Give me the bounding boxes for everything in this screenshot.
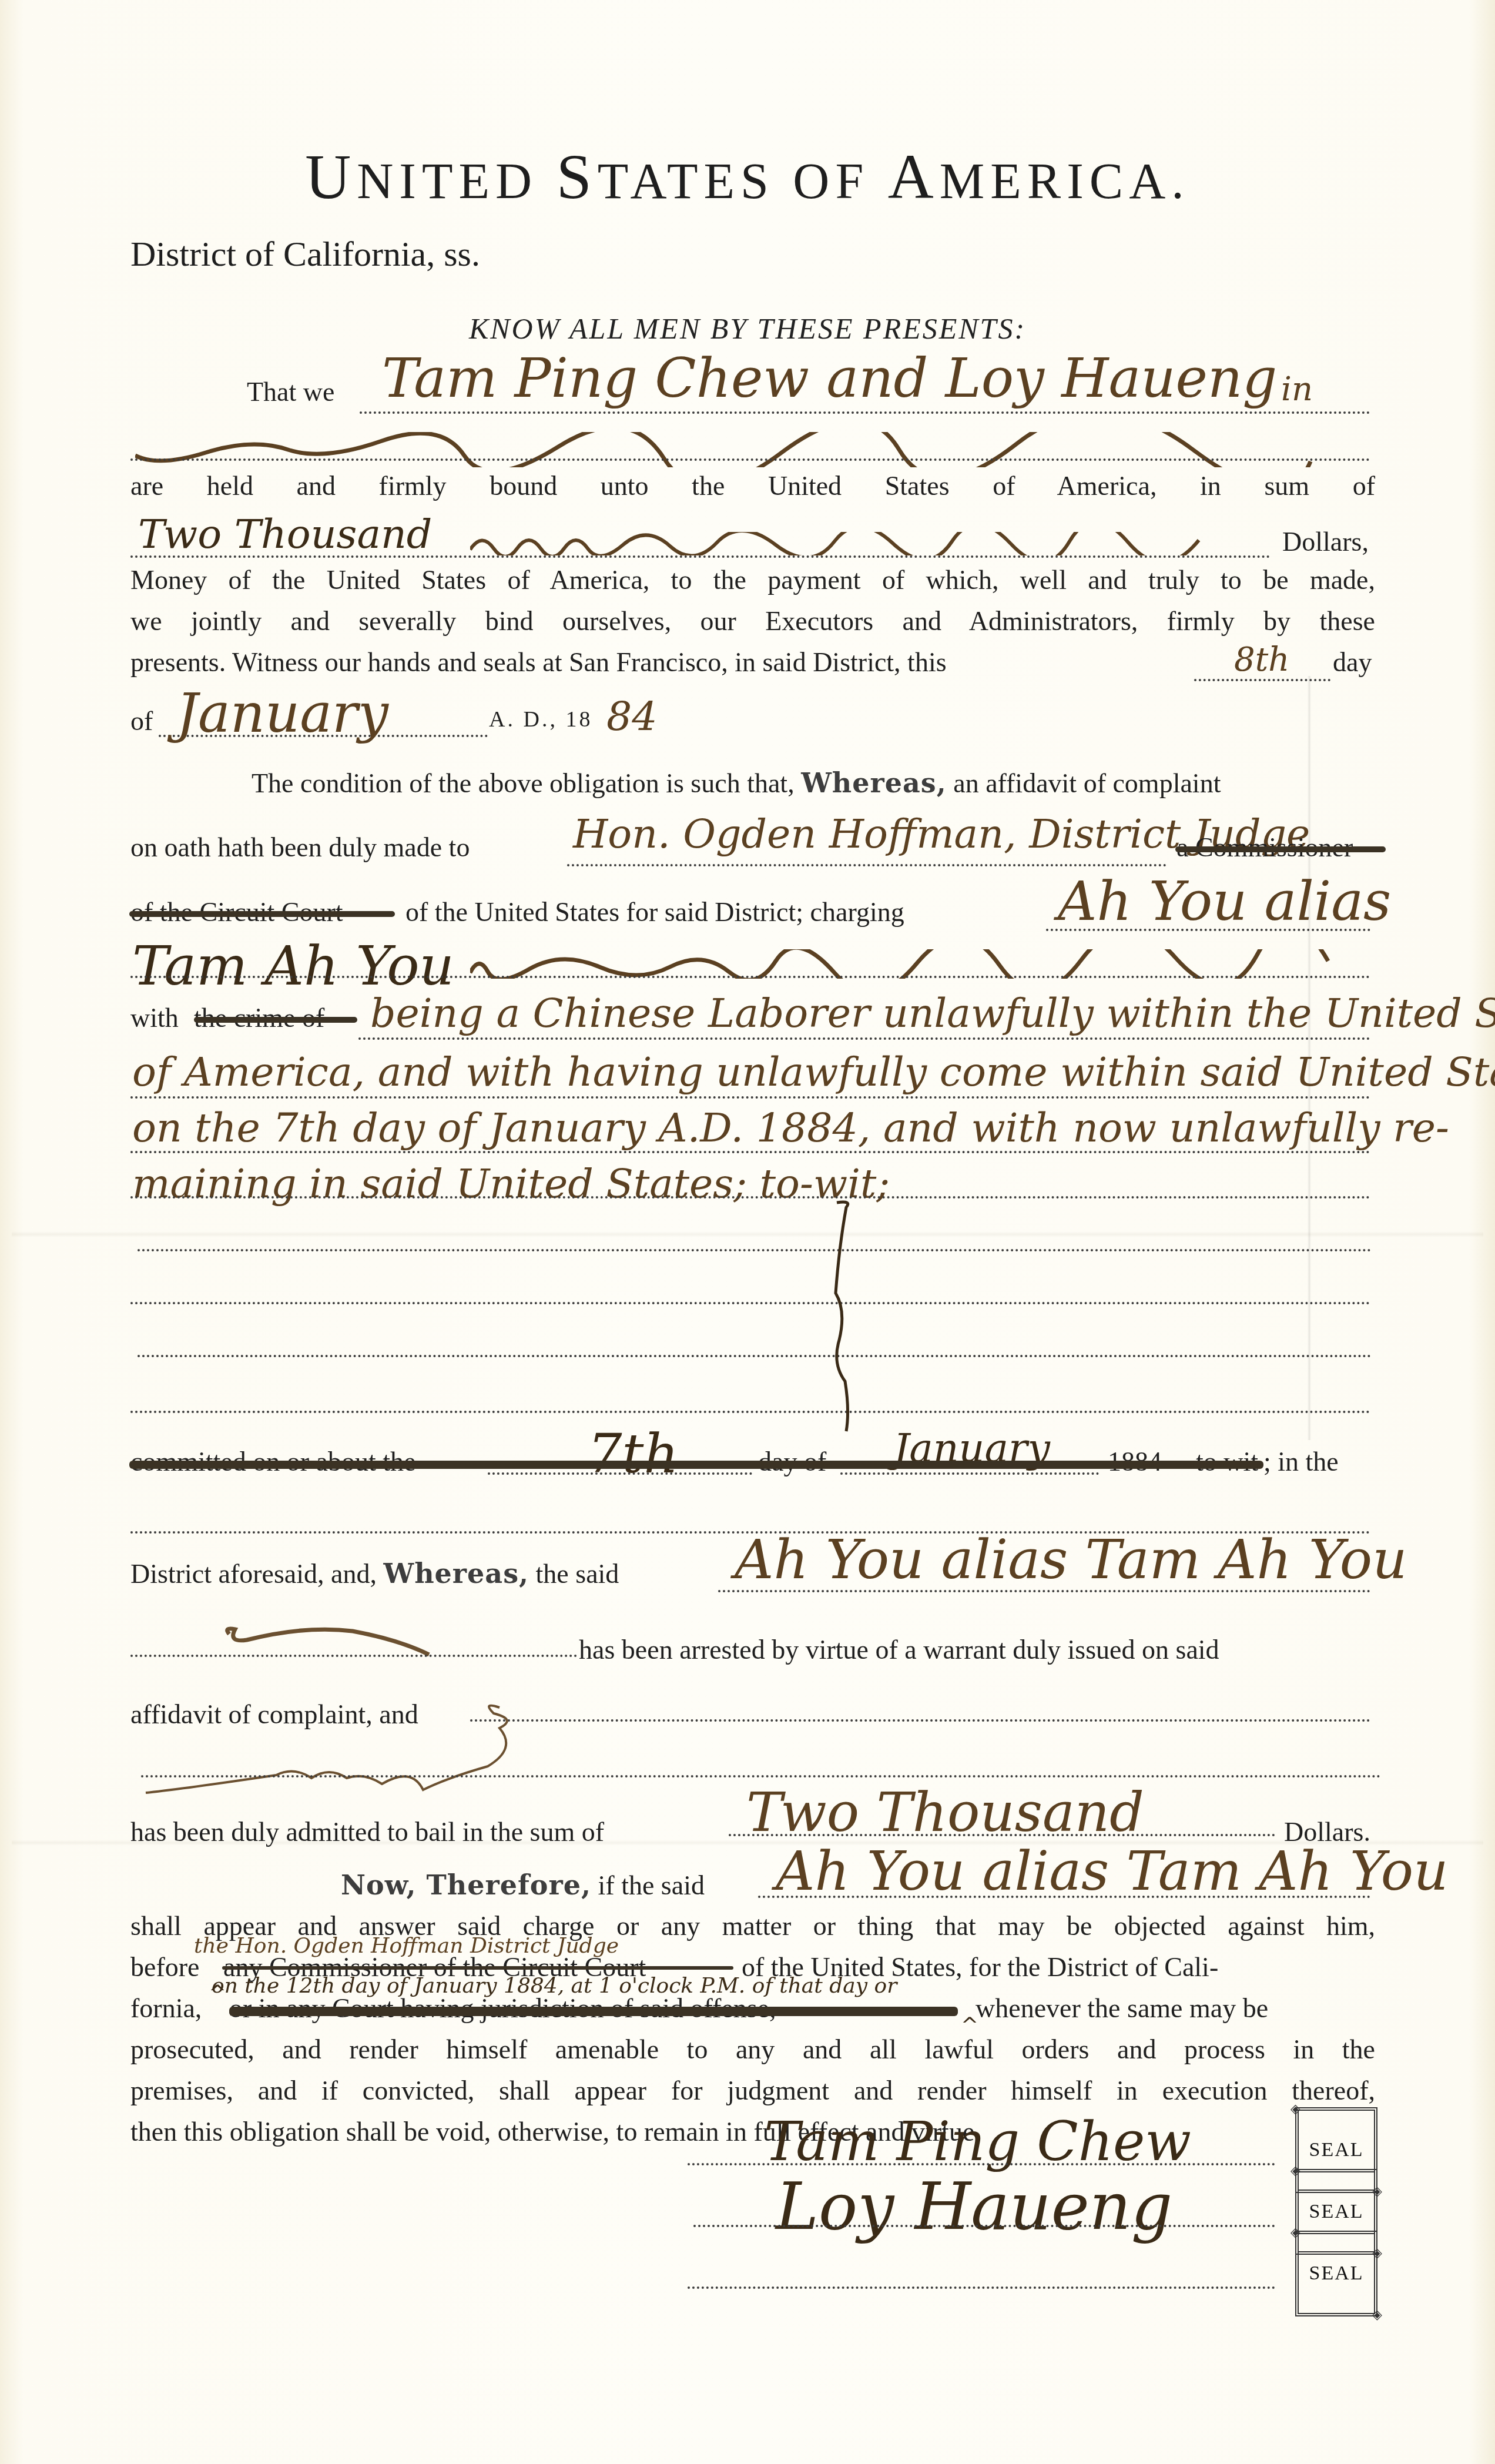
bond-line-5: presents. Witness our hands and seals at…: [130, 647, 947, 678]
now-therefore-blackletter: Now, Therefore,: [341, 1869, 591, 1901]
blank-line: [130, 1411, 1370, 1413]
title-initial: S: [557, 142, 598, 212]
judge-field-line: [567, 864, 1166, 866]
bond-line-4: we jointly and severally bind ourselves,…: [130, 605, 1375, 637]
word: United: [768, 471, 842, 501]
obligors-field-line: [360, 411, 1370, 414]
charge-line: of America, and with having unlawfully c…: [132, 1049, 1495, 1096]
defendant-name-2: Tam Ah You: [132, 935, 454, 997]
title-initial: U: [305, 142, 357, 212]
signature-line: [688, 2286, 1275, 2289]
day-label: day: [1333, 647, 1372, 678]
day-field-line: [1194, 679, 1330, 681]
therefore-line-4: whenever the same may be: [976, 1993, 1268, 2024]
title-part: MERICA.: [940, 153, 1190, 209]
blank-line: [141, 1775, 1381, 1777]
charge-line: maining in said United States; to-wit;: [132, 1161, 890, 1207]
amount-field-line: [130, 555, 1271, 558]
bond-month: January: [176, 682, 388, 745]
word: in: [1200, 471, 1221, 501]
fill-flourish: [223, 1622, 435, 1658]
obligors-suffix: in: [1281, 370, 1313, 409]
blank-line: [138, 1355, 1372, 1357]
charge-field-line: [130, 1096, 1370, 1099]
word: the: [692, 471, 725, 501]
therefore-text: if the said: [598, 1870, 705, 1900]
fill-flourish: [135, 432, 1375, 467]
therefore-line-5: prosecuted, and render himself amenable …: [130, 2034, 1375, 2065]
condition-line-1: The condition of the above obligation is…: [252, 767, 1221, 799]
blank-line: [470, 1719, 1370, 1722]
fill-flourish: [141, 1702, 541, 1796]
seal-label: SEAL: [1309, 2139, 1364, 2161]
obligors-names: Tam Ping Chew and Loy Haueng: [382, 347, 1277, 410]
therefore-defendant: Ah You alias Tam Ah You: [776, 1840, 1448, 1903]
ad-label: A. D., 18: [489, 707, 592, 732]
seal-label: SEAL: [1309, 2201, 1364, 2223]
word: bound: [490, 471, 557, 501]
bond-day: 8th: [1234, 641, 1289, 679]
whereas-blackletter: Whereas,: [801, 767, 947, 799]
month-field-line: [840, 1472, 1099, 1475]
that-we-label: That we: [247, 376, 334, 407]
arrest-text: the said: [536, 1559, 619, 1589]
word: firmly: [379, 471, 447, 501]
signature-loy-haueng: Loy Haueng: [776, 2169, 1172, 2244]
dollars-label: Dollars,: [1282, 526, 1369, 557]
struck-day: 7th: [588, 1422, 679, 1485]
charge-field-line: [130, 1196, 1370, 1198]
charge-line: on the 7th day of January A.D. 1884, and…: [132, 1105, 1449, 1151]
strikethrough: [1175, 846, 1386, 852]
insert-caret: ^: [209, 1981, 226, 2005]
bail-amount: Two Thousand: [746, 1781, 1144, 1844]
document-title: UNITED STATES OF AMERICA.: [0, 141, 1495, 214]
paper-fold: [12, 1231, 1483, 1237]
obligors-field-line-2: [130, 458, 1370, 461]
word: are: [130, 471, 163, 501]
strikethrough: [129, 1461, 1263, 1469]
in-the-label: ; in the: [1263, 1446, 1339, 1477]
word: of: [1353, 471, 1375, 501]
preamble: KNOW ALL MEN BY THESE PRESENTS:: [0, 312, 1495, 346]
defendant-name-1: Ah You alias: [1058, 870, 1391, 933]
condition-line-2: on oath hath been duly made to: [130, 832, 470, 863]
condition-line-3: of the United States for said District; …: [405, 896, 904, 928]
strikethrough: [129, 911, 395, 917]
word: held: [207, 471, 253, 501]
bail-bond-document: UNITED STATES OF AMERICA. District of Ca…: [0, 0, 1495, 2464]
district-line: District of California, ss.: [130, 234, 480, 274]
strikethrough: [222, 1966, 733, 1970]
bond-line-3: Money of the United States of America, t…: [130, 564, 1375, 595]
title-initial: A: [888, 142, 940, 212]
word: and: [297, 471, 336, 501]
word: America,: [1057, 471, 1157, 501]
condition-text: an affidavit of complaint: [953, 768, 1221, 798]
condition-text: The condition of the above obligation is…: [252, 768, 795, 798]
word: of: [993, 471, 1015, 501]
charge-line: being a Chinese Laborer unlawfully withi…: [370, 990, 1495, 1037]
seal-label: SEAL: [1309, 2262, 1364, 2285]
word: sum: [1264, 471, 1309, 501]
before-label: before: [130, 1951, 199, 1983]
charge-field-line: [358, 1037, 1370, 1040]
seal-box: SEAL: [1295, 2231, 1377, 2316]
strikethrough: [229, 2007, 958, 2016]
fornia-label: fornia,: [130, 1993, 202, 2024]
signature-line: [688, 2163, 1275, 2165]
with-label: with: [130, 1002, 179, 1033]
charge-field-line: [130, 1151, 1370, 1153]
whereas-blackletter: Whereas,: [383, 1558, 529, 1589]
bond-line-1: are held and firmly bound unto the Unite…: [130, 470, 1375, 501]
title-part: TATES OF: [598, 153, 888, 209]
therefore-line-1: Now, Therefore, if the said: [341, 1869, 705, 1901]
cancel-brace-mark: [823, 1199, 864, 1434]
fill-flourish: [470, 949, 1352, 979]
bond-year: 84: [606, 694, 658, 740]
strikethrough: [194, 1017, 357, 1023]
defendant-field-line-2: [130, 976, 1370, 978]
of-label: of: [130, 705, 153, 736]
blank-line: [138, 1249, 1372, 1251]
word: States: [885, 471, 950, 501]
arrest-line-2: has been arrested by virtue of a warrant…: [579, 1634, 1219, 1665]
signature-line: [693, 2225, 1275, 2227]
arrested-defendant: Ah You alias Tam Ah You: [735, 1528, 1407, 1591]
blank-line: [130, 1302, 1370, 1304]
title-part: NITED: [357, 153, 556, 209]
arrest-text: District aforesaid, and,: [130, 1559, 377, 1589]
fill-flourish: [470, 532, 1222, 555]
blank-line: [130, 1655, 577, 1657]
bond-amount: Two Thousand: [138, 511, 432, 558]
bail-label: has been duly admitted to bail in the su…: [130, 1816, 604, 1847]
arrest-line-1: District aforesaid, and, Whereas, the sa…: [130, 1558, 619, 1589]
therefore-line-6: premises, and if convicted, shall appear…: [130, 2075, 1375, 2106]
word: unto: [601, 471, 649, 501]
